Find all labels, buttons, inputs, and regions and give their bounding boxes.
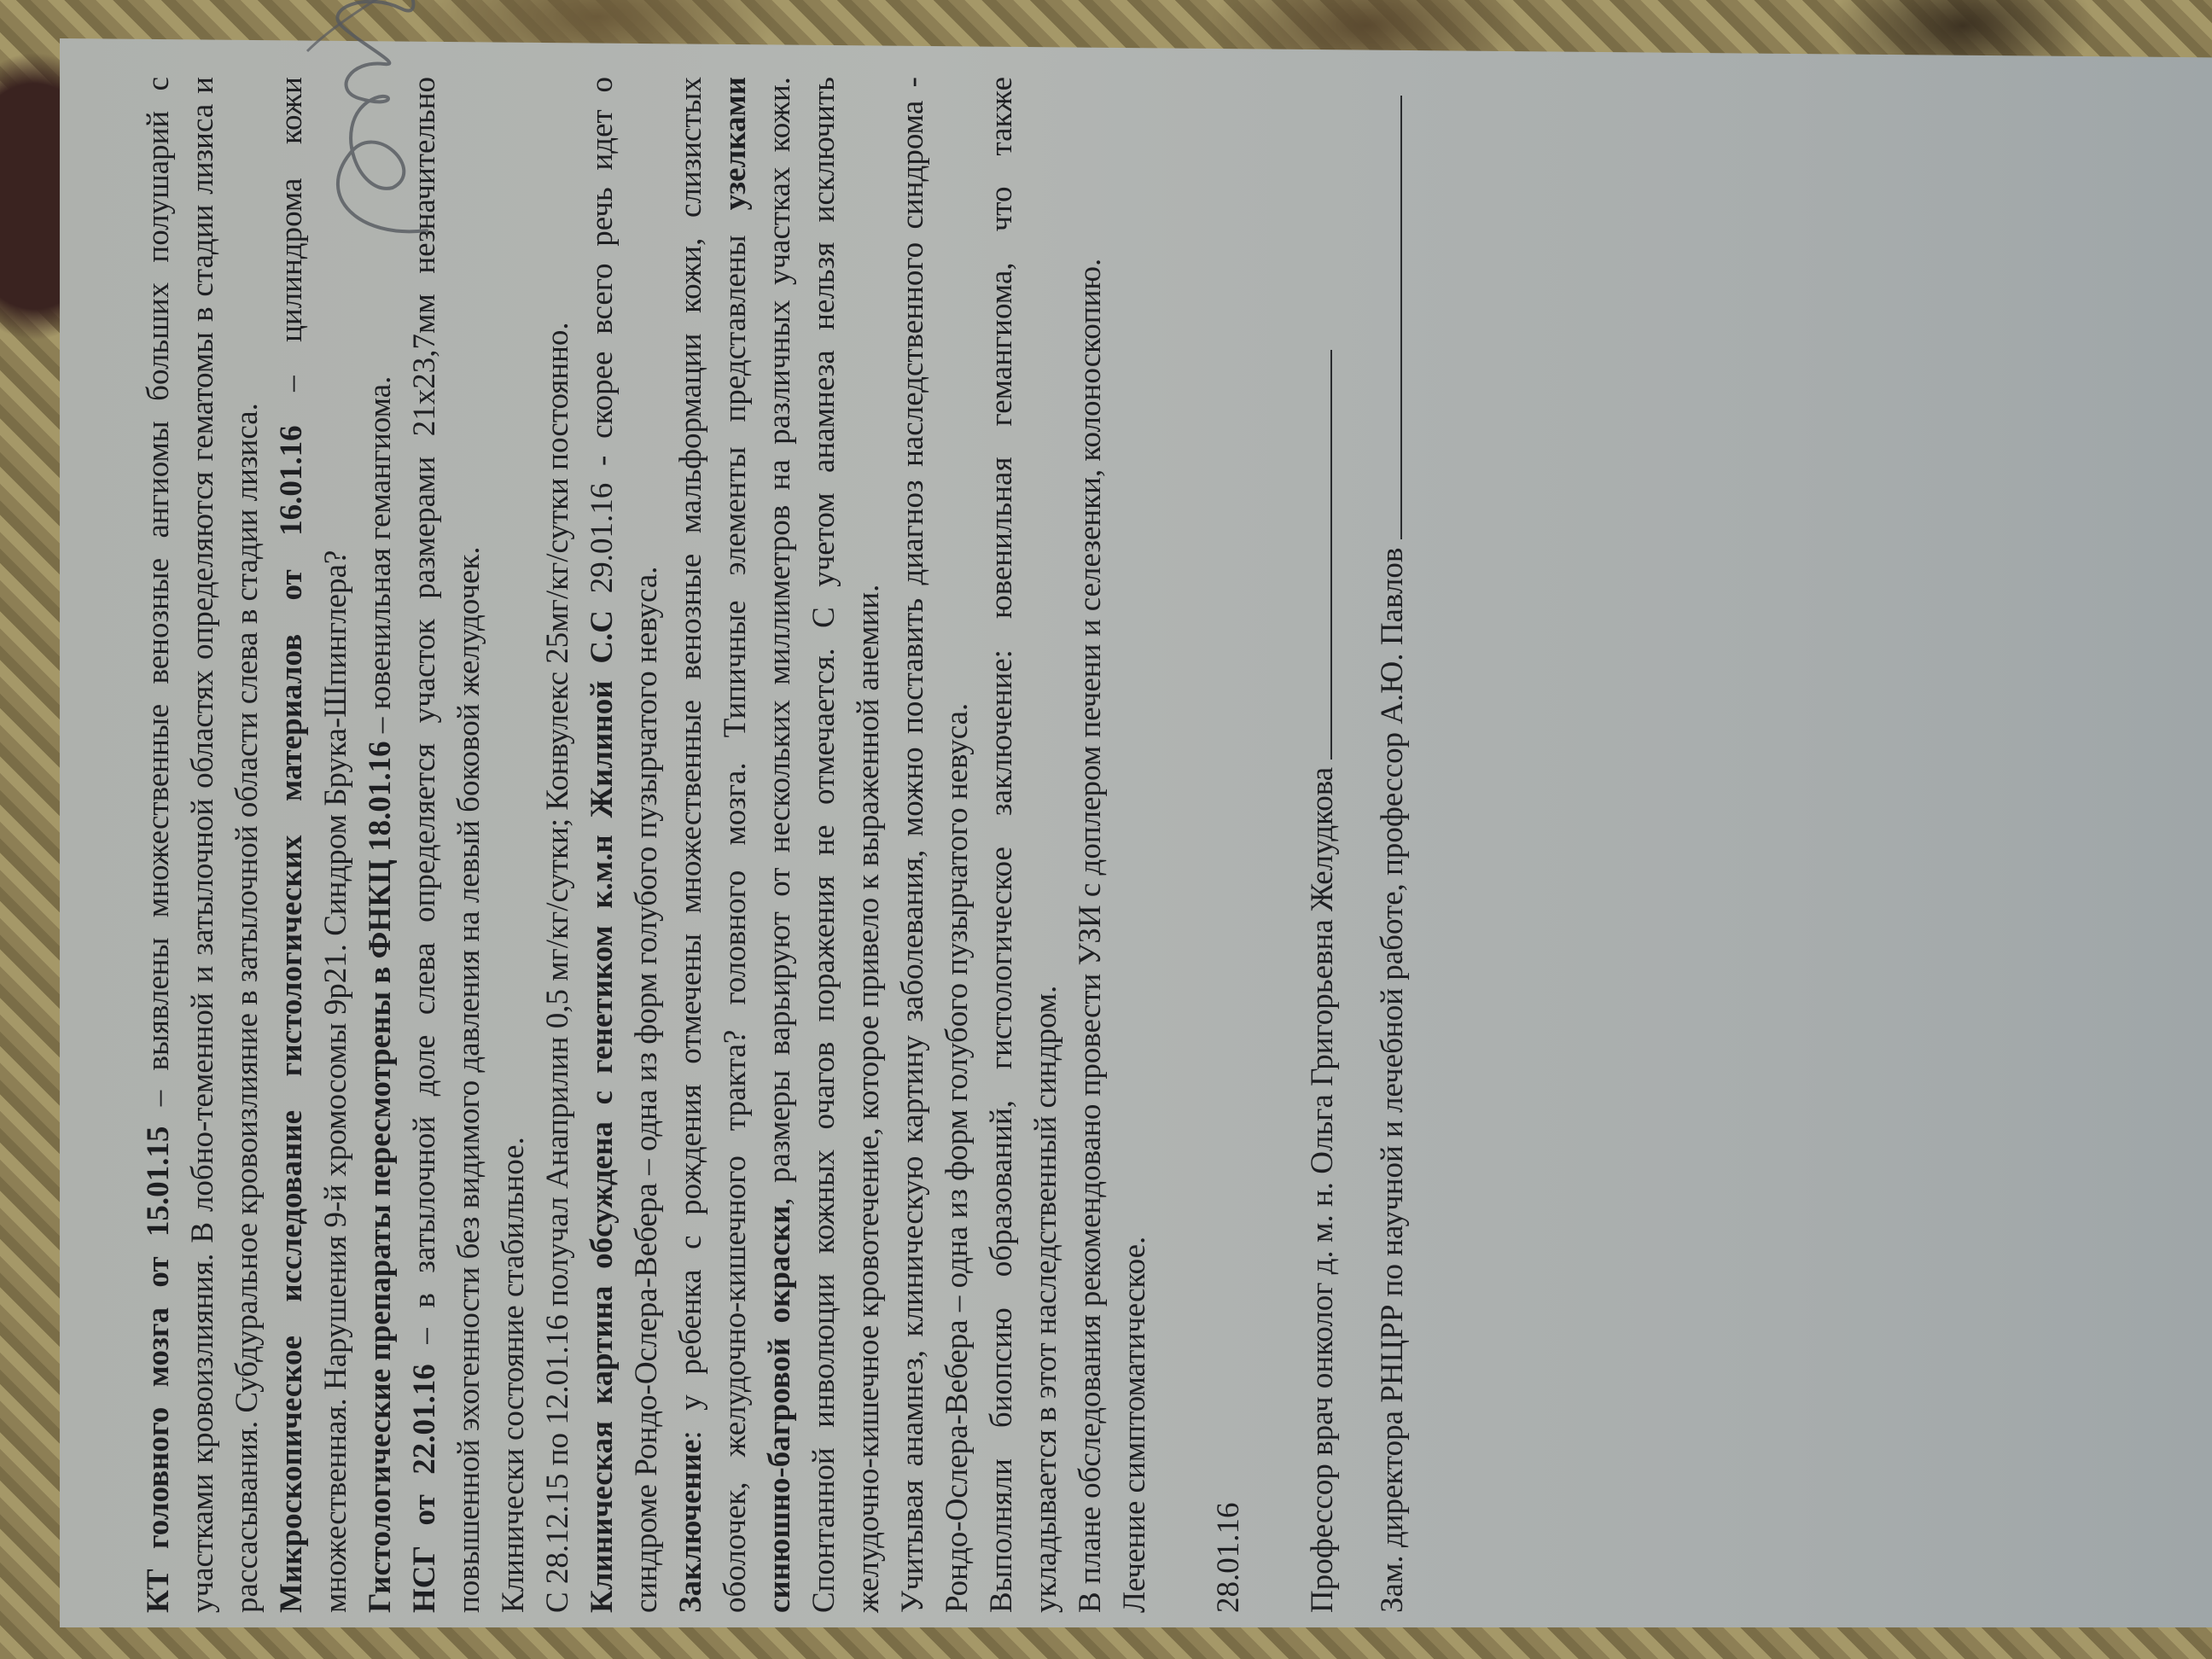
genetics-paragraph: Клиническая картина обсуждена с генетико… — [580, 77, 669, 1613]
ct-heading: КТ головного мозга от 15.01.15 — [141, 1126, 176, 1613]
deputy-signature-slot — [1371, 96, 1402, 539]
diagnosis-paragraph: Учитывая анамнез, клиническую картину за… — [891, 77, 980, 1613]
microscopy-heading: Микроскопическое исследование гистологич… — [274, 425, 309, 1613]
treatment-paragraph: С 28.12.15 по 12.01.16 получал Анаприлин… — [536, 77, 580, 1613]
plan-paragraph: В плане обследования рекомендовано прове… — [1068, 77, 1113, 1613]
nsg-paragraph: НСГ от 22.01.16 – в затылочной доле слев… — [403, 77, 492, 1613]
histology-heading: Гистологические препараты пересмотрены в… — [363, 741, 398, 1613]
nsg-heading: НСГ от 22.01.16 — [407, 1364, 442, 1613]
histology-text: – ювенильная гемангиома. — [363, 376, 398, 742]
doctor-signature-line: Профессор врач онколог д. м. н. Ольга Гр… — [1301, 77, 1345, 1613]
therapy-paragraph: Лечение симптоматическое. — [1113, 77, 1157, 1613]
doctor-name: Профессор врач онколог д. м. н. Ольга Гр… — [1305, 767, 1340, 1613]
histology-paragraph: Гистологические препараты пересмотрены в… — [358, 77, 403, 1613]
deputy-name: Зам. директора РНЦРР по научной и лечебн… — [1375, 548, 1410, 1613]
conclusion-heading: Заключение — [673, 1440, 708, 1613]
document-date: 28.01.16 — [1207, 77, 1251, 1613]
conclusion-text-1: : у ребенка с рождения отмечены множеств… — [673, 77, 753, 1613]
ct-paragraph: КТ головного мозга от 15.01.15 – выявлен… — [137, 77, 270, 1613]
microscopy-paragraph: Микроскопическое исследование гистологич… — [270, 77, 358, 1613]
medical-report-page: КТ головного мозга от 15.01.15 – выявлен… — [137, 77, 2099, 1613]
biopsy-paragraph: Выполняли биопсию образований, гистологи… — [980, 77, 1068, 1613]
clinical-state-paragraph: Клинически состояние стабильное. — [492, 77, 536, 1613]
genetics-heading: Клиническая картина обсуждена с генетико… — [585, 610, 620, 1613]
doctor-signature-slot — [1301, 350, 1332, 760]
deputy-signature-line: Зам. директора РНЦРР по научной и лечебн… — [1371, 77, 1415, 1613]
conclusion-paragraph: Заключение: у ребенка с рождения отмечен… — [669, 77, 891, 1613]
